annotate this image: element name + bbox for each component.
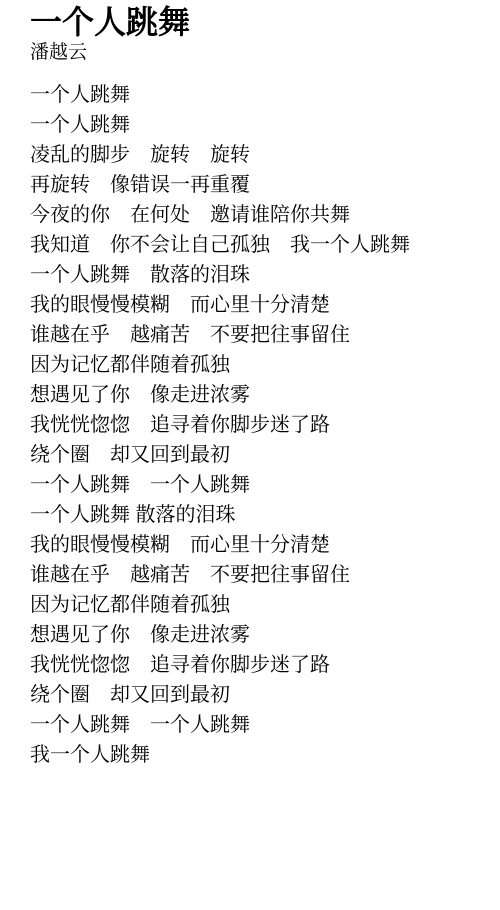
song-title: 一个人跳舞 (30, 4, 470, 40)
lyric-line: 一个人跳舞 一个人跳舞 (30, 710, 470, 740)
lyric-line: 想遇见了你 像走进浓雾 (30, 620, 470, 650)
lyrics-body: 一个人跳舞一个人跳舞凌乱的脚步 旋转 旋转再旋转 像错误一再重覆今夜的你 在何处… (30, 80, 470, 770)
lyric-line: 我知道 你不会让自己孤独 我一个人跳舞 (30, 230, 470, 260)
lyric-line: 一个人跳舞 散落的泪珠 (30, 500, 470, 530)
lyric-line: 想遇见了你 像走进浓雾 (30, 380, 470, 410)
lyric-line: 我的眼慢慢模糊 而心里十分清楚 (30, 290, 470, 320)
lyric-line: 再旋转 像错误一再重覆 (30, 170, 470, 200)
lyric-line: 我恍恍惚惚 追寻着你脚步迷了路 (30, 410, 470, 440)
lyric-line: 因为记忆都伴随着孤独 (30, 350, 470, 380)
artist-name: 潘越云 (30, 40, 470, 66)
lyric-line: 我一个人跳舞 (30, 740, 470, 770)
lyric-line: 我的眼慢慢模糊 而心里十分清楚 (30, 530, 470, 560)
lyric-line: 绕个圈 却又回到最初 (30, 440, 470, 470)
lyric-line: 一个人跳舞 (30, 80, 470, 110)
lyric-line: 一个人跳舞 (30, 110, 470, 140)
lyric-line: 因为记忆都伴随着孤独 (30, 590, 470, 620)
lyric-line: 凌乱的脚步 旋转 旋转 (30, 140, 470, 170)
lyric-line: 谁越在乎 越痛苦 不要把往事留住 (30, 560, 470, 590)
lyrics-content: 一个人跳舞 潘越云 一个人跳舞一个人跳舞凌乱的脚步 旋转 旋转再旋转 像错误一再… (30, 4, 470, 770)
lyric-line: 谁越在乎 越痛苦 不要把往事留住 (30, 320, 470, 350)
lyric-line: 我恍恍惚惚 追寻着你脚步迷了路 (30, 650, 470, 680)
lyric-line: 今夜的你 在何处 邀请谁陪你共舞 (30, 200, 470, 230)
lyric-line: 一个人跳舞 散落的泪珠 (30, 260, 470, 290)
lyric-line: 绕个圈 却又回到最初 (30, 680, 470, 710)
lyric-line: 一个人跳舞 一个人跳舞 (30, 470, 470, 500)
lyrics-page: { "page": { "title": "一个人跳舞", "artist": … (0, 0, 500, 910)
